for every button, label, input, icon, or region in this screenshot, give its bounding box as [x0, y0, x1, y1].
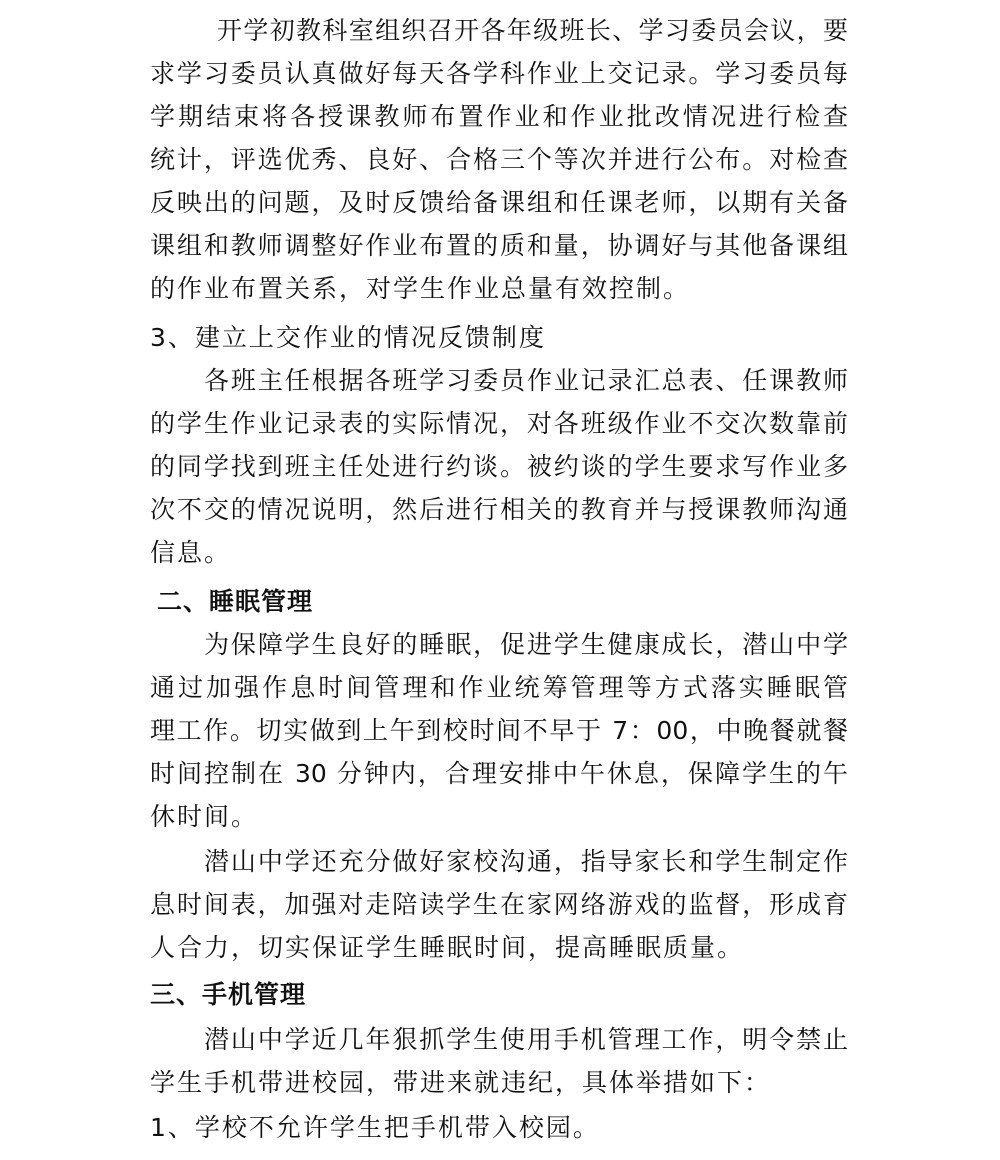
paragraph-line: 开学初教科室组织召开各年级班长、学习委员会议，要 [217, 13, 848, 49]
paragraph-line: 的作业布置关系，对学生作业总量有效控制。 [150, 271, 848, 307]
paragraph-line: 信息。 [150, 535, 848, 571]
paragraph-line: 的学生作业记录表的实际情况，对各班级作业不交次数靠前 [150, 406, 848, 442]
section-heading-phone: 三、手机管理 [150, 977, 306, 1013]
paragraph-line: 潜山中学近几年狠抓学生使用手机管理工作，明令禁止 [204, 1022, 848, 1058]
paragraph-line: 休时间。 [150, 799, 848, 835]
paragraph-line: 为保障学生良好的睡眠，促进学生健康成长，潜山中学 [204, 627, 848, 663]
paragraph-line: 的同学找到班主任处进行约谈。被约谈的学生要求写作业多 [150, 449, 848, 485]
paragraph-line: 求学习委员认真做好每天各学科作业上交记录。学习委员每 [150, 56, 848, 92]
paragraph-line: 息时间表，加强对走陪读学生在家网络游戏的监督，形成育 [150, 887, 848, 923]
paragraph-line: 通过加强作息时间管理和作业统筹管理等方式落实睡眠管 [150, 670, 848, 706]
paragraph-line: 课组和教师调整好作业布置的质和量，协调好与其他备课组 [150, 228, 848, 264]
paragraph-line: 人合力，切实保证学生睡眠时间，提高睡眠质量。 [150, 930, 848, 966]
paragraph-line: 潜山中学还充分做好家校沟通，指导家长和学生制定作 [204, 844, 848, 880]
paragraph-line: 学生手机带进校园，带进来就违纪，具体举措如下： [150, 1065, 848, 1101]
paragraph-line: 各班主任根据各班学习委员作业记录汇总表、任课教师 [204, 363, 848, 399]
section-heading-sleep: 二、睡眠管理 [157, 584, 313, 620]
paragraph-line: 时间控制在 30 分钟内，合理安排中午休息，保障学生的午 [150, 756, 848, 792]
paragraph-line: 学期结束将各授课教师布置作业和作业批改情况进行检查 [150, 99, 848, 135]
paragraph-line: 理工作。切实做到上午到校时间不早于 7：00，中晚餐就餐 [150, 713, 848, 749]
paragraph-line: 次不交的情况说明，然后进行相关的教育并与授课教师沟通 [150, 492, 848, 528]
list-item: 1、学校不允许学生把手机带入校园。 [150, 1110, 848, 1146]
subsection-heading: 3、建立上交作业的情况反馈制度 [150, 320, 848, 356]
paragraph-line: 统计，评选优秀、良好、合格三个等次并进行公布。对检查 [150, 142, 848, 178]
document-page: 开学初教科室组织召开各年级班长、学习委员会议，要 求学习委员认真做好每天各学科作… [0, 0, 1000, 1160]
paragraph-line: 反映出的问题，及时反馈给备课组和任课老师，以期有关备 [150, 185, 848, 221]
